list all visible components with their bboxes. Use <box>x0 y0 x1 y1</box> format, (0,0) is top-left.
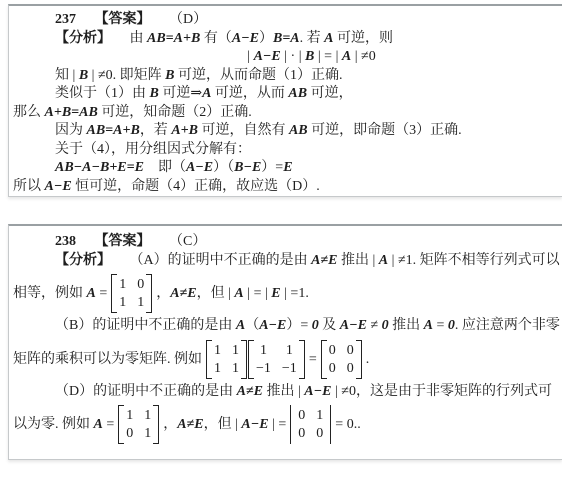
matrix-cell: 1 <box>214 344 221 357</box>
q238-line-d2-post: = 0.. <box>335 416 360 433</box>
q238-line-a: （A）的证明中不正确的是由 A≠E 推出 | A | ≠1. 矩阵不相等行列式可… <box>130 253 560 268</box>
q237-answer-label: 【答案】 <box>95 12 151 27</box>
solution-box-238: 238 【答案】 （C） 【分析】 （A）的证明中不正确的是由 A≠E 推出 |… <box>8 224 562 460</box>
q237-line7: 关于（4），用分组因式分解有： <box>11 141 556 160</box>
q237-line8: AB−A−B+E=E 即（A−E）（B−E）=E <box>11 159 556 178</box>
matrix-cell: 0 <box>137 278 144 291</box>
matrix-cell: 0 <box>316 427 323 440</box>
q237-header: 237 【答案】 （D） <box>11 11 556 30</box>
matrix-b2: 1 1 −1 −1 <box>248 340 305 379</box>
matrix-cell: 1 <box>232 362 239 375</box>
matrix-cell: 1 <box>119 278 126 291</box>
q238-line-d2-pre: 以为零. 例如 A = <box>13 416 114 433</box>
matrix-cell: −1 <box>282 362 297 375</box>
q237-line9: 所以 A−E 恒可逆，命题（4）正确，故应选（D）. <box>11 178 556 197</box>
matrix-cell: 1 <box>256 344 271 357</box>
matrix-cell: 1 <box>214 362 221 375</box>
matrix-cell: 0 <box>329 344 336 357</box>
q238-line-a2-post: ，A≠E，但 | A | = | E | =1. <box>156 285 309 302</box>
q238-analysis-label: 【分析】 <box>55 253 111 268</box>
matrix-cell: 1 <box>282 344 297 357</box>
matrix-cell: 1 <box>316 409 323 422</box>
q237-number: 237 <box>55 12 76 27</box>
matrix-a: 1 0 1 1 <box>111 274 152 313</box>
q238-line-b2-pre: 矩阵的乘积可以为零矩阵. 例如 <box>13 351 202 368</box>
q238-answer-label: 【答案】 <box>95 234 151 249</box>
q238-line-d: （D）的证明中不正确的是由 A≠E 推出 | A−E | ≠0，这是由于非零矩阵… <box>11 383 556 402</box>
q238-number: 238 <box>55 234 76 249</box>
matrix-b3: 0 0 0 0 <box>321 340 362 379</box>
matrix-cell: 0 <box>126 427 133 440</box>
q237-analysis-intro: 由 AB=A+B 有（A−E）B=A. 若 A 可逆，则 <box>130 31 393 46</box>
q238-example-a: 相等，例如 A = 1 0 1 1 ，A≠E，但 | A | = | E | =… <box>11 274 556 313</box>
matrix-b1: 1 1 1 1 <box>206 340 247 379</box>
q238-example-b: 矩阵的乘积可以为零矩阵. 例如 1 1 1 1 1 1 −1 −1 = 0 0 … <box>11 340 556 379</box>
q238-header: 238 【答案】 （C） <box>11 233 556 252</box>
matrix-cell: −1 <box>256 362 271 375</box>
q238-answer-value: （C） <box>169 234 206 249</box>
q237-centered-formula: | A−E | · | B | = | A | ≠0 <box>11 48 556 67</box>
matrix-cell: 1 <box>144 427 151 440</box>
matrix-cell: 0 <box>298 409 305 422</box>
matrix-cell: 1 <box>232 344 239 357</box>
matrix-cell: 0 <box>329 362 336 375</box>
q237-line6: 因为 AB=A+B，若 A+B 可逆，自然有 AB 可逆，即命题（3）正确. <box>11 122 556 141</box>
matrix-cell: 0 <box>347 362 354 375</box>
q238-line-b: （B）的证明中不正确的是由 A（A−E）= 0 及 A−E ≠ 0 推出 A =… <box>11 317 556 336</box>
q238-analysis-line: 【分析】 （A）的证明中不正确的是由 A≠E 推出 | A | ≠1. 矩阵不相… <box>11 252 556 271</box>
solution-box-237: 237 【答案】 （D） 【分析】 由 AB=A+B 有（A−E）B=A. 若 … <box>8 4 562 197</box>
q238-line-a2-pre: 相等，例如 A = <box>13 285 107 302</box>
q238-line-b2-post: . <box>366 351 370 368</box>
matrix-d: 1 1 0 1 <box>118 405 159 444</box>
q238-line-b2-eq: = <box>309 351 317 368</box>
q237-analysis-line: 【分析】 由 AB=A+B 有（A−E）B=A. 若 A 可逆，则 <box>11 30 556 49</box>
matrix-cell: 0 <box>347 344 354 357</box>
matrix-cell: 1 <box>144 409 151 422</box>
matrix-cell: 1 <box>119 296 126 309</box>
matrix-cell: 1 <box>126 409 133 422</box>
determinant-d: 0 1 0 0 <box>290 405 331 444</box>
q237-analysis-label: 【分析】 <box>55 31 111 46</box>
q237-line3: 知 | B | ≠0. 即矩阵 B 可逆，从而命题（1）正确. <box>11 67 556 86</box>
q237-line5: 那么 A+B=AB 可逆，知命题（2）正确. <box>11 104 556 123</box>
q237-line4: 类似于（1）由 B 可逆⇒A 可逆，从而 AB 可逆， <box>11 85 556 104</box>
matrix-cell: 0 <box>298 427 305 440</box>
q238-line-d2-mid: ，A≠E，但 | A−E | = <box>163 416 286 433</box>
q237-answer-value: （D） <box>169 12 207 27</box>
q238-example-d: 以为零. 例如 A = 1 1 0 1 ，A≠E，但 | A−E | = 0 1… <box>11 405 556 444</box>
matrix-cell: 1 <box>137 296 144 309</box>
